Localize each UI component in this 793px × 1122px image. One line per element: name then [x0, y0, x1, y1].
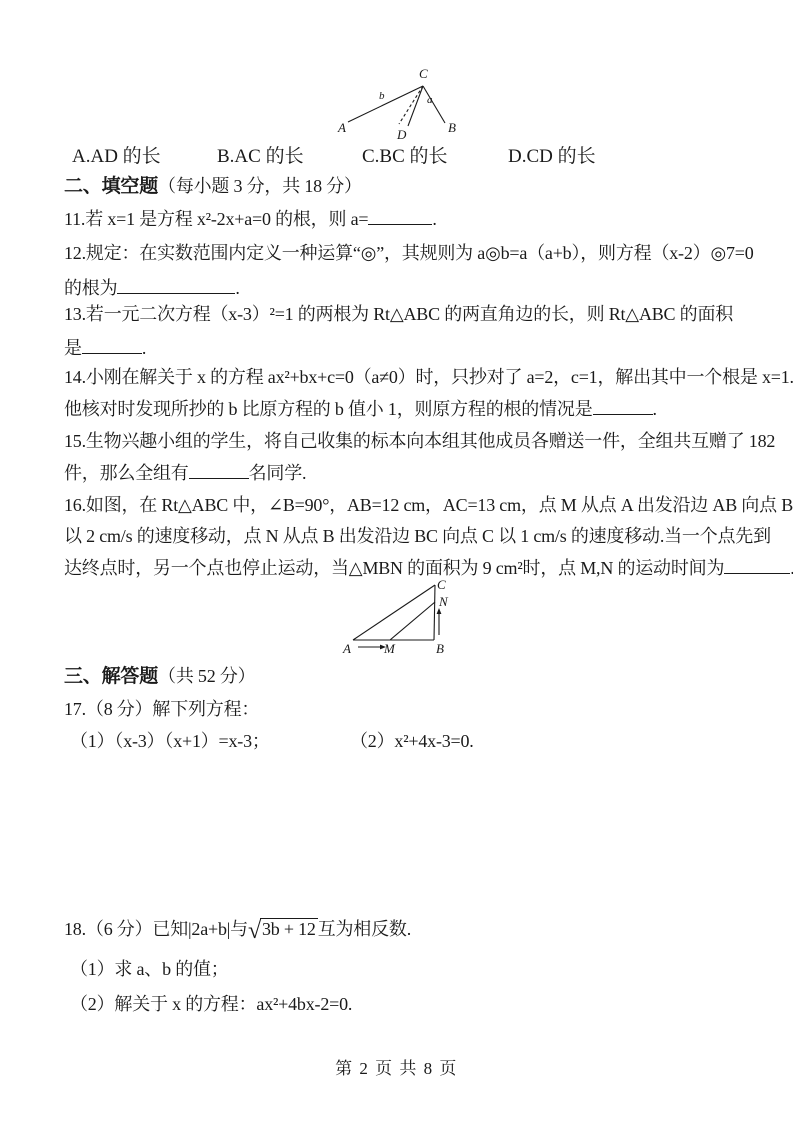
- point-label-b: B: [436, 641, 444, 656]
- q13-text-line1: 13.若一元二次方程（x-3）²=1 的两根为 Rt△ABC 的两直角边的长，则…: [64, 304, 733, 324]
- question-14-line2: 他核对时发现所抄的 b 比原方程的 b 值小 1，则原方程的根的情况是.: [64, 397, 657, 421]
- question-18: 18.（6 分）已知|2a+b|与√3b + 12互为相反数.: [64, 917, 411, 943]
- q18-text-post: 互为相反数.: [318, 919, 411, 939]
- q11-period: .: [432, 209, 436, 229]
- exam-page: C A B D b a A.AD 的长 B.AC 的长 C.BC 的长 D.CD…: [0, 0, 793, 1122]
- segment-mn: [390, 602, 435, 640]
- section2-header: 二、填空题（每小题 3 分，共 18 分）: [64, 174, 362, 199]
- radical-sign: √: [248, 918, 261, 944]
- q13-period: .: [142, 338, 146, 358]
- q18-part2: （2）解关于 x 的方程：ax²+4bx-2=0.: [70, 992, 352, 1016]
- radicand: 3b + 12: [260, 918, 318, 939]
- q16-answer-blank: [724, 558, 790, 574]
- section2-title: 二、填空题: [64, 176, 158, 197]
- q15-suffix: 名同学.: [249, 463, 307, 483]
- question-12-line1: 12.规定：在实数范围内定义一种运算“◎”，其规则为 a◎b=a（a+b），则方…: [64, 241, 754, 265]
- question-15-line2: 件，那么全组有名同学.: [64, 461, 306, 485]
- q14-period: .: [653, 399, 657, 419]
- q12-text-line1: 12.规定：在实数范围内定义一种运算“◎”，其规则为 a◎b=a（a+b），则方…: [64, 243, 754, 263]
- q15-text-line1: 15.生物兴趣小组的学生，将自己收集的标本向本组其他成员各赠送一件，全组共互赠了…: [64, 431, 775, 451]
- question-16-line1: 16.如图，在 Rt△ABC 中，∠B=90°，AB=12 cm，AC=13 c…: [64, 493, 793, 517]
- q15-text-line2: 件，那么全组有: [64, 463, 189, 483]
- q14-text-line1: 14.小刚在解关于 x 的方程 ax²+bx+c=0（a≠0）时，只抄对了 a=…: [64, 367, 793, 387]
- section3-subtitle: （共 52 分）: [158, 666, 255, 686]
- q16-text-line1: 16.如图，在 Rt△ABC 中，∠B=90°，AB=12 cm，AC=13 c…: [64, 495, 793, 515]
- point-label-m: M: [383, 641, 396, 656]
- question-13-line2: 是.: [64, 336, 146, 360]
- q13-text-line2: 是: [64, 338, 82, 358]
- q12-period: .: [235, 278, 239, 298]
- q14-text-line2: 他核对时发现所抄的 b 比原方程的 b 值小 1，则原方程的根的情况是: [64, 399, 593, 419]
- q17-part2: （2）x²+4x-3=0.: [350, 729, 474, 753]
- side-label-b: b: [379, 90, 385, 102]
- q18-text-pre: 18.（6 分）已知|2a+b|与: [64, 919, 248, 939]
- question-11: 11.若 x=1 是方程 x²-2x+a=0 的根，则 a=.: [64, 207, 437, 231]
- q11-answer-blank: [368, 209, 432, 225]
- point-label-c: C: [419, 66, 428, 81]
- section3-header: 三、解答题（共 52 分）: [64, 664, 255, 689]
- q11-text: 11.若 x=1 是方程 x²-2x+a=0 的根，则 a=: [64, 209, 368, 229]
- question-17: 17.（8 分）解下列方程：: [64, 697, 259, 721]
- point-label-d: D: [396, 127, 407, 142]
- question10-figure: C A B D b a: [335, 62, 480, 144]
- page-number-footer: 第 2 页 共 8 页: [0, 1054, 793, 1079]
- q18-part1-text: （1）求 a、b 的值；: [70, 959, 229, 979]
- q13-answer-blank: [82, 338, 142, 354]
- question-15-line1: 15.生物兴趣小组的学生，将自己收集的标本向本组其他成员各赠送一件，全组共互赠了…: [64, 429, 775, 453]
- option-b: B.AC 的长: [217, 141, 304, 168]
- segment-bc: [434, 585, 435, 640]
- section3-title: 三、解答题: [64, 666, 158, 687]
- point-label-n: N: [438, 594, 449, 609]
- point-label-a: A: [342, 641, 351, 656]
- q17-text: 17.（8 分）解下列方程：: [64, 699, 259, 719]
- point-label-b: B: [448, 120, 456, 135]
- option-a: A.AD 的长: [72, 141, 161, 168]
- q16-text-line2: 以 2 cm/s 的速度移动，点 N 从点 B 出发沿边 BC 向点 C 以 1…: [64, 526, 771, 546]
- section2-subtitle: （每小题 3 分，共 18 分）: [158, 176, 362, 196]
- question16-figure: C N A M B: [340, 576, 488, 660]
- q12-answer-blank: [117, 278, 235, 294]
- q18-part1: （1）求 a、b 的值；: [70, 957, 229, 981]
- question-12-line2: 的根为.: [64, 276, 240, 300]
- q18-part2-text: （2）解关于 x 的方程：ax²+4bx-2=0.: [70, 994, 352, 1014]
- option-d: D.CD 的长: [508, 141, 596, 168]
- q15-answer-blank: [189, 463, 249, 479]
- point-label-a: A: [337, 120, 346, 135]
- question-16-line2: 以 2 cm/s 的速度移动，点 N 从点 B 出发沿边 BC 向点 C 以 1…: [64, 524, 771, 548]
- side-label-a: a: [427, 94, 433, 106]
- q17-part1: （1）（x-3）（x+1）=x-3；: [70, 729, 270, 753]
- question-14-line1: 14.小刚在解关于 x 的方程 ax²+bx+c=0（a≠0）时，只抄对了 a=…: [64, 365, 793, 389]
- q12-text-line2: 的根为: [64, 278, 117, 298]
- question-13-line1: 13.若一元二次方程（x-3）²=1 的两根为 Rt△ABC 的两直角边的长，则…: [64, 302, 733, 326]
- q14-answer-blank: [593, 399, 653, 415]
- point-label-c: C: [437, 577, 446, 592]
- option-c: C.BC 的长: [362, 141, 448, 168]
- q16-text-line3: 达终点时，另一个点也停止运动，当△MBN 的面积为 9 cm²时，点 M,N 的…: [64, 558, 724, 578]
